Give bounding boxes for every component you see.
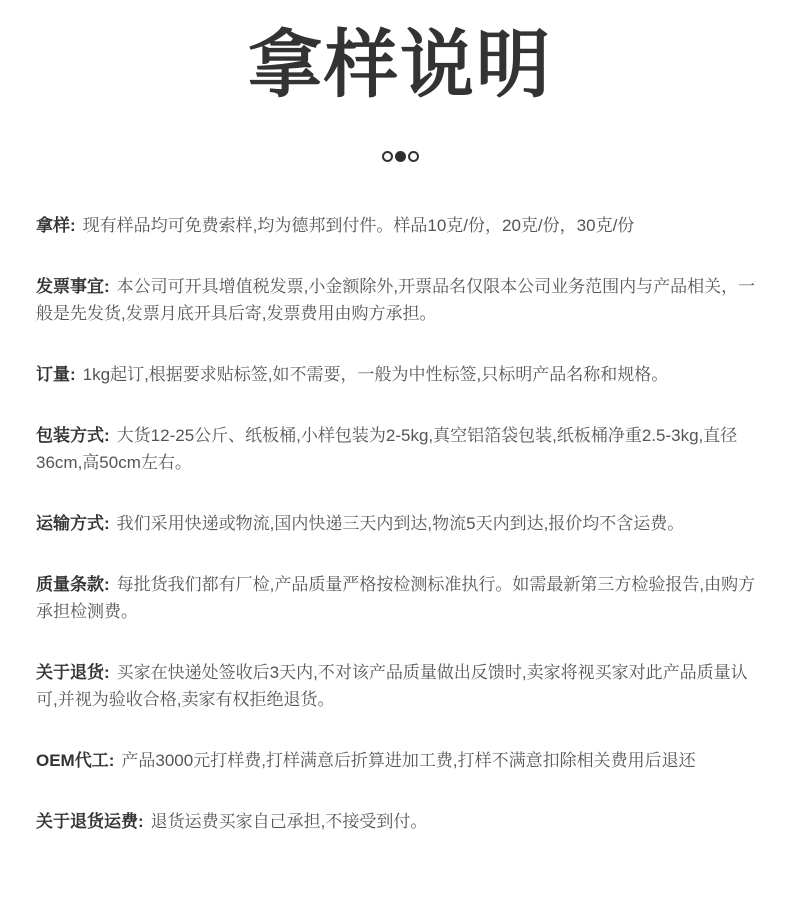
carousel-dot-icon[interactable] <box>408 151 419 162</box>
instruction-text: 大货12-25公斤、纸板桶,小样包装为2-5kg,真空铝箔袋包装,纸板桶净重2.… <box>36 426 737 472</box>
instruction-label: 关于退货: <box>36 663 110 682</box>
carousel-dot-icon[interactable] <box>382 151 393 162</box>
sampling-instructions-page: 拿样说明 拿样:现有样品均可免费索样,均为德邦到付件。样品10克/份，20克/份… <box>0 0 800 902</box>
instruction-text: 产品3000元打样费,打样满意后折算进加工费,打样不满意扣除相关费用后退还 <box>121 751 695 770</box>
instruction-item-return-shipping-fee: 关于退货运费:退货运费买家自己承担,不接受到付。 <box>36 808 764 835</box>
instruction-item-invoice: 发票事宜:本公司可开具增值税发票,小金额除外,开票品名仅限本公司业务范围内与产品… <box>36 273 764 327</box>
instruction-text: 买家在快递处签收后3天内,不对该产品质量做出反馈时,卖家将视买家对此产品质量认可… <box>36 663 748 709</box>
instruction-label: 订量: <box>36 365 76 384</box>
instruction-item-oem: OEM代工:产品3000元打样费,打样满意后折算进加工费,打样不满意扣除相关费用… <box>36 747 764 774</box>
instruction-item-packaging: 包装方式:大货12-25公斤、纸板桶,小样包装为2-5kg,真空铝箔袋包装,纸板… <box>36 422 764 476</box>
instruction-label: 包装方式: <box>36 426 110 445</box>
carousel-dots <box>0 151 800 162</box>
instruction-text: 退货运费买家自己承担,不接受到付。 <box>151 812 428 831</box>
instruction-text: 每批货我们都有厂检,产品质量严格按检测标准执行。如需最新第三方检验报告,由购方承… <box>36 575 755 621</box>
instruction-item-shipping: 运输方式:我们采用快递或物流,国内快递三天内到达,物流5天内到达,报价均不含运费… <box>36 510 764 537</box>
instruction-text: 我们采用快递或物流,国内快递三天内到达,物流5天内到达,报价均不含运费。 <box>117 514 685 533</box>
instruction-label: 运输方式: <box>36 514 110 533</box>
instruction-text: 1kg起订,根据要求贴标签,如不需要，一般为中性标签,只标明产品名称和规格。 <box>83 365 669 384</box>
instruction-text: 本公司可开具增值税发票,小金额除外,开票品名仅限本公司业务范围内与产品相关，一般… <box>36 277 755 323</box>
instruction-label: OEM代工: <box>36 751 114 770</box>
instruction-item-quality: 质量条款:每批货我们都有厂检,产品质量严格按检测标准执行。如需最新第三方检验报告… <box>36 571 764 625</box>
instruction-label: 质量条款: <box>36 575 110 594</box>
instruction-item-returns: 关于退货:买家在快递处签收后3天内,不对该产品质量做出反馈时,卖家将视买家对此产… <box>36 659 764 713</box>
carousel-dot-active-icon[interactable] <box>395 151 406 162</box>
instruction-item-order-quantity: 订量:1kg起订,根据要求贴标签,如不需要，一般为中性标签,只标明产品名称和规格… <box>36 361 764 388</box>
instruction-text: 现有样品均可免费索样,均为德邦到付件。样品10克/份，20克/份，30克/份 <box>83 216 635 235</box>
instruction-label: 关于退货运费: <box>36 812 144 831</box>
instructions-list: 拿样:现有样品均可免费索样,均为德邦到付件。样品10克/份，20克/份，30克/… <box>0 212 800 835</box>
instruction-label: 发票事宜: <box>36 277 110 296</box>
instruction-item-sampling: 拿样:现有样品均可免费索样,均为德邦到付件。样品10克/份，20克/份，30克/… <box>36 212 764 239</box>
instruction-label: 拿样: <box>36 216 76 235</box>
page-title: 拿样说明 <box>0 22 800 107</box>
